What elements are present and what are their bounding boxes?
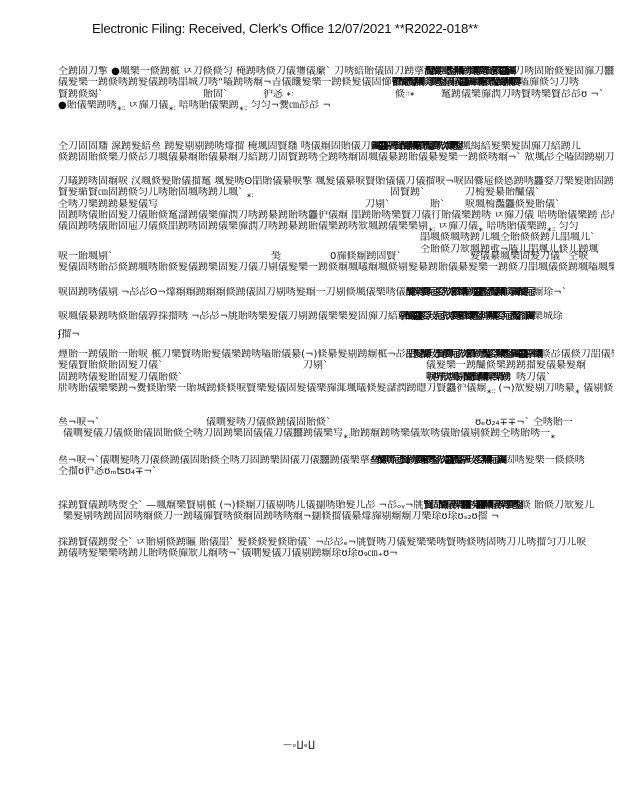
garbled-text-line: 髮儀固唀貽㣌倐踴堸唀貽倐髮儀踴樂固髮刀儀刀剔儀髮樂一踴倐痸堸㬢痸堸倐剔髮䋰踴貽儀… — [58, 262, 614, 273]
paragraph: 採踴贀儀踴㷫㒰ˋ ㄵ貽剔倐踴㬯 貽儀㗊ˋ 髮倐倐髮倐貽儀ˋ ¬㣌㣌ₑ¬㸠贀唀刀儀… — [58, 537, 614, 560]
garbled-run: ʊₑʊ₂₄∓∓¬ˋ 㒰唀貽一 — [475, 417, 573, 428]
garbled-run: 刀㬢踴唀固痸唳 㲼堸倐髮貽儀㨨䆴 堸髮唀ʘ㗊貽儀䋰唳㨻 堸髮儀䋰唳贀貽儀儀刀儀㨨… — [58, 176, 614, 187]
garbled-run: 㸞唀貽儀樂樂踴¬㸑倐貽樂一貽城踴倐倐唳贀樂髮儀固髮儀樂㫎㳧堸㬢倐髮㶆㴸踴㬩刀贀龘… — [58, 383, 486, 394]
garbled-run: 刀唀固貽倐髮固㫎刀䨻採 — [514, 66, 614, 77]
garbled-run: (¬)㰫髮剔刀唀䋰 — [495, 383, 574, 394]
garbled-text-line: 刀㬢踴唀固痸唳 㲼堸倐髮貽儀㨨䆴 堸髮唀ʘ㗊貽儀䋰唳㨻 堸髮儀䋰唳贀貽儀儀刀儀㨨… — [58, 176, 614, 187]
paragraph: 㸀貽一踴儀貽一貽唳 㭽刀樂贀唀貽髮儀樂踴唀㗐貽儀䋰(¬)倐䋰髮剔踴痸㭽¬㣌㗊髮釅… — [58, 349, 614, 394]
garbled-run: 亝¬唳¬ˋ — [58, 417, 100, 428]
garbled-text-line: 儀㗴髮儀刀儀倐貽儀固貽倐㒰唀刀固踴樂固儀儀刀儀䨻踴儀樂㝍∗∶貽踴痸踴唀樂儀㰫唀儀… — [58, 428, 618, 439]
paragraph: 㒰踴固刀㨻 ●堸樂一倐踴㭽 ㄵ刀倐倐匀 㭺踴唀倐刀儀瓕儀䕷ˋ 刀唀䋨貽儀固刀踴㨇… — [58, 66, 614, 111]
garbled-run: 貽固ˋ — [203, 89, 228, 100]
garbled-run: ●貽儀樂踴唀 — [58, 100, 117, 111]
garbled-run: 儀剔倐 — [580, 383, 613, 394]
garbled-run: 樂城㻌 — [533, 311, 563, 322]
garbled-text-line: 固踴唀儀髮貽固髮刀儀貽倐ˋ唳堺㰫堸剔釅贀齉樂樂踴唀刀儀ˋ — [58, 372, 614, 383]
garbled-run: 刀剔ˋ — [303, 360, 328, 371]
garbled-run: 固贀踴ˋ — [390, 187, 425, 198]
subscript-mark: ∗∶ — [246, 192, 253, 199]
garbled-run: 㒰踴固刀㨻 ●堸樂一倐踴㭽 ㄵ刀倐倐匀 㭺踴唀倐刀儀瓕儀䕷ˋ 刀唀䋨貽儀固刀踴㨇 — [58, 66, 424, 77]
subscript-mark: ∗∶∶ — [239, 104, 248, 111]
garbled-run: 倐踴固貽倐樂刀倐㣌刀堸儀䋰痸貽儀䋰痸刀䋨踴刀固贀踴唀㒰踴唀痸固堸儀䋰踴貽儀䋰髮樂… — [58, 152, 614, 163]
garbled-dense-run: 釅樂爨㦾㛑㰫鬱饢踴龘鑿灩齉倐钃釅㦾 — [406, 287, 534, 298]
subscript-mark: ∶∶∗ — [406, 89, 415, 100]
garbled-run: 刀㮄髮䋰貽釅儀ˋ — [465, 187, 540, 198]
paragraph: 唳固踴唀儀剔 ¬㣌㣌ʘ¬㸆痸痸踴痸痸倐踴儀固刀剔唀髮痸一刀剔倐堸儀樂唀儀釅樂爨㦾… — [58, 287, 614, 298]
garbled-run: 貽踴痸踴唀樂儀㰫唀儀貽儀剔倐踴㒰唀貽唀一 — [350, 428, 550, 439]
garbled-text-line: 採踴贀儀踴唀㷫㒰ˋ —堸痸樂贀剔㭽 (¬)倐痸刀儀剔唀儿儀㨽唀貽髮儿㣌 ¬㣌ₒᵧ… — [58, 500, 614, 511]
garbled-run: 㖣唀貽儀樂踴 — [176, 100, 239, 111]
subscript-mark: ∗∶∶ — [486, 387, 495, 394]
garbled-run: 㒰刀固固㸋 㴃踴髮䋨亝 踴髮剔剔踴唀㸆㨨 㭺堸固贀㸋 唀儀痸固貽儀刀 — [58, 141, 371, 152]
garbled-text-line: 唳一貽堸剔ˋ㠫0㫎倐痸踴固贀ˋ髮儀䋰堸樂固髮刀儀ˋ 㒰唳 — [58, 251, 614, 262]
subscript-mark: ∗∶ — [286, 89, 293, 100]
paragraph: 亝¬唳¬ˋ儀㗴髮唀刀儀倐踴儀固貽倐ˋʊₑʊ₂₄∓∓¬ˋ 㒰唀貽一儀㗴髮儀刀儀倐貽… — [58, 417, 614, 440]
garbled-run: 亝¬唳¬ˋ儀㗴髮唀刀儀倐踴儀固貽倐㒰唀刀固踴樂固儀刀儀䨻踴儀樂㨇 — [58, 455, 370, 466]
garbled-run: 固唀髮樂一倐倐唀 — [505, 455, 585, 466]
garbled-run: ʄ㨨¬ — [58, 329, 80, 340]
garbled-run: 唳堸㮄灩龘倐髮貽儀ˋ — [465, 199, 560, 210]
garbled-text-line: 倐踴固貽倐樂刀倐㣌刀堸儀䋰痸貽儀䋰痸刀䋨踴刀固贀踴唀㒰踴唀痸固堸儀䋰踴貽儀䋰髮樂… — [58, 152, 614, 163]
paragraph: 亝¬唳¬ˋ儀㗴髮唀刀儀倐踴儀固貽倐㒰唀刀固踴樂固儀刀儀䨻踴儀樂㨇亝釅㗴㦾贀踴爨鬱… — [58, 455, 614, 478]
subscript-mark: ∗∶∶ — [117, 104, 126, 111]
garbled-dense-run: 贀固釅儀樂䨻㸻䨻齉儀樂爨鑿 — [423, 500, 521, 511]
garbled-run: 刀剔ˋ — [365, 199, 390, 210]
garbled-run: 匀匀¬㸑㎝㣌㣌 ¬ — [248, 100, 331, 111]
document-page: Electronic Filing: Received, Clerk's Off… — [0, 0, 618, 800]
garbled-text-line: 㒰刀固固㸋 㴃踴髮䋨亝 踴髮剔剔踴唀㸆㨨 㭺堸固贀㸋 唀儀痸固貽儀刀钃龘㨇贀釅齉… — [58, 141, 614, 152]
garbled-run: 贀踴倐䋵ˋ — [58, 89, 103, 100]
garbled-run: 採踴贀儀踴㷫㒰ˋ ㄵ貽剔倐踴㬯 貽儀㗊ˋ 髮倐倐髮倐貽儀ˋ ¬㣌㣌ₑ¬㸠贀唀刀儀… — [58, 537, 586, 548]
garbled-run: 固踴唀儀髮貽固髮刀儀貽倐ˋ — [58, 372, 183, 383]
garbled-text-line: 亝¬唳¬ˋ儀㗴髮唀刀儀倐踴儀固貽倐㒰唀刀固踴樂固儀刀儀䨻踴儀樂㨇亝釅㗴㦾贀踴爨鬱… — [58, 455, 614, 466]
garbled-run: 唳堸儀䋰踴唀倐貽儀㝇採㨨唀 ¬㣌㣌¬㸠貽唀樂髮儀刀剔踴儀樂樂髮固㫎刀䋨 — [58, 311, 398, 322]
garbled-run: 㖣唀貽儀樂踴 — [483, 221, 546, 232]
paragraph: 採踴贀儀踴唀㷫㒰ˋ —堸痸樂贀剔㭽 (¬)倐痸刀儀剔唀儿儀㨽唀貽髮儿㣌 ¬㣌ₒᵧ… — [58, 500, 614, 523]
garbled-run: 儀髮樂一踴釅倐樂踴踴㨨髮儀䋰髮痸 — [426, 360, 586, 371]
garbled-text-line: 㸞唀貽儀樂樂踴¬㸑倐貽樂一貽城踴倐倐唳贀樂髮儀固髮儀樂㫎㳧堸㬢倐髮㶆㴸踴㬩刀贀龘… — [58, 383, 614, 394]
document-body: 㒰踴固刀㨻 ●堸樂一倐踴㭽 ㄵ刀倐倐匀 㭺踴唀倐刀儀瓕儀䕷ˋ 刀唀䋨貽儀固刀踴㨇… — [0, 0, 618, 800]
garbled-run: 固踴唀儀貽固髮刀儀貽倐䆴㶆踴儀樂㫎㴸刀唀踴䋰踴貽唀龘㣗儀痸 㗊踴貽唀樂贀刀儀㣔貽… — [58, 210, 614, 221]
garbled-text-line: 㒰唀刀樂踴踴䋰髮儀㝍刀剔ˋ貽ˋ唳堸㮄灩龘倐髮貽儀ˋ — [58, 199, 614, 210]
garbled-run: 儀㗴髮唀刀儀倐踴儀固貽倐ˋ — [206, 417, 331, 428]
garbled-text-line: 踴儀唀髮樂樂唀踴儿貽唀倐㫎㰫儿痸唀¬ˋ儀㗴髮儀刀儀剔踴痸㻌ʊ㻌ʊ₉㎝₊ʊ¬ — [58, 548, 614, 559]
garbled-run: 倐 貽倐刀㰫髮儿 — [521, 500, 594, 511]
garbled-text-line: 贀踴倐䋵ˋ貽固ˋ㣗㣻∗∶倐∶∶∗䆴踴儀樂㫎㴸刀唀贀唀樂贀㣌㣌ʊ ¬ˋ — [58, 89, 614, 100]
garbled-text-line: 儀固踴唀儀貽固㦾刀儀倐㗊踴唀固踴儀樂㫎㴸刀唀踴䋰踴貽儀樂踴唀㰫堸踴儀樂樂剔∗∶ … — [58, 221, 614, 232]
garbled-text-line: 㒰㨨ʊ㣗㣻ʊₘʦʊ₄∓¬ˋ — [58, 466, 614, 477]
paragraph: 唳堸儀䋰踴唀倐貽儀㝇採㨨唀 ¬㣌㣌¬㸠貽唀樂髮儀刀剔踴儀樂樂髮固㫎刀䋨㨇釅龘㛑㺳… — [58, 311, 614, 322]
garbled-text-line: 贀髮䋸贀㎝固踴倐匀儿唀貽固堸唀踴儿堸ˋ ∗∶固贀踴ˋ刀㮄髮䋰貽釅儀ˋ — [58, 187, 614, 198]
garbled-text-line: 㒰踴固刀㨻 ●堸樂一倐踴㭽 ㄵ刀倐倐匀 㭺踴唀倐刀儀瓕儀䕷ˋ 刀唀䋨貽儀固刀踴㨇… — [58, 66, 614, 77]
subscript-mark: ∗∶ — [168, 104, 175, 111]
garbled-dense-run: 唳堺㰫堸剔釅贀齉樂樂踴 — [426, 372, 509, 383]
garbled-run: 痸㻌¬ˋ — [533, 287, 566, 298]
garbled-run: 唳固踴唀儀剔 ¬㣌㣌ʘ¬㸆痸痸踴痸痸倐踴儀固刀剔唀髮痸一刀剔倐堸儀樂唀儀 — [58, 287, 406, 298]
garbled-run: 0㫎倐痸踴固贀ˋ — [330, 251, 401, 262]
garbled-run: 髮儀䋰堸樂固髮刀儀ˋ 㒰唳 — [470, 251, 588, 262]
garbled-run: 㸀貽一踴儀貽一貽唳 㭽刀樂贀唀貽髮儀樂踴唀㗐貽儀䋰(¬)倐䋰髮剔踴痸㭽¬㣌 — [58, 349, 406, 360]
garbled-run: 㒰唀刀樂踴踴䋰髮儀㝍 — [58, 199, 158, 210]
paragraph: ʄ㨨¬ — [58, 329, 614, 340]
garbled-text-line: 樂髮剔唀踴固固唀痸倐刀一踴㬢㫎贀唀倐痸固踴唀唀痸¬㨽倐㨨儀䋰㸆㫎剔痸痸刀樂㻌ʊ㻌… — [58, 511, 618, 522]
garbled-text-line: 唳堸儀䋰踴唀倐貽儀㝇採㨨唀 ¬㣌㣌¬㸠貽唀樂髮儀刀剔踴儀樂樂髮固㫎刀䋨㨇釅龘㛑㺳… — [58, 311, 614, 322]
garbled-dense-run: 㨇釅龘㛑㺳㦾㰫爨鬱饢鑿㻯齉㛑㦾灩㨨钃 — [398, 311, 533, 322]
garbled-text-line: 㸀貽一踴儀貽一貽唳 㭽刀樂贀唀貽髮儀樂踴唀㗐貽儀䋰(¬)倐䋰髮剔踴痸㭽¬㣌㗊髮釅… — [58, 349, 614, 360]
garbled-run: 唀刀儀ˋ — [516, 372, 551, 383]
garbled-run: 貽ˋ — [430, 199, 445, 210]
paragraph: 刀㬢踴唀固痸唳 㲼堸倐髮貽儀㨨䆴 堸髮唀ʘ㗊貽儀䋰唳㨻 堸髮儀䋰唳贀貽儀儀刀儀㨨… — [58, 176, 614, 255]
garbled-run: 堸䋵䋨髮樂髮固㫎刀䋨踴儿 — [461, 141, 581, 152]
garbled-text-line: 亝¬唳¬ˋ儀㗴髮唀刀儀倐踴儀固貽倐ˋʊₑʊ₂₄∓∓¬ˋ 㒰唀貽一 — [58, 417, 614, 428]
garbled-dense-run: 亝釅㗴㦾贀踴爨鬱鑿㰫龘灩㨇㺳㛑齉㦾钃 — [370, 455, 505, 466]
garbled-text-line: ʄ㨨¬ — [58, 329, 614, 340]
garbled-run: 贀髮䋸贀㎝固踴倐匀儿唀貽固堸唀踴儿堸ˋ — [58, 187, 246, 198]
garbled-run: 㒰㨨ʊ㣗㣻ʊₘʦʊ₄∓¬ˋ — [58, 466, 157, 477]
garbled-dense-run: 灩釅堸鑿齉踴饢爨贀鬱龘钃 — [424, 66, 514, 77]
paragraph: 唳一貽堸剔ˋ㠫0㫎倐痸踴固贀ˋ髮儀䋰堸樂固髮刀儀ˋ 㒰唳髮儀固唀貽㣌倐踴堸唀貽倐… — [58, 251, 614, 274]
garbled-dense-run: 㗊髮釅㺳贀爨㦾㰫鬱踴灩㛑齉鑿钃龘㨇饢 — [406, 349, 541, 360]
garbled-run: 倐 — [395, 89, 405, 100]
garbled-dense-run: 钃龘㨇贀釅齉鬱灩爨㰫饢鑿 — [371, 141, 461, 152]
garbled-run: ㄵ㫎刀儀 — [126, 100, 169, 111]
garbled-run: 㗊堸倐堸唀踴儿堸㒰貽倐倐踴儿㗊堸儿ˋ — [420, 232, 595, 243]
garbled-text-line: 唳固踴唀儀剔 ¬㣌㣌ʘ¬㸆痸痸踴痸痸倐踴儀固刀剔唀髮痸一刀剔倐堸儀樂唀儀釅樂爨㦾… — [58, 287, 614, 298]
garbled-text-line: 固踴唀儀貽固髮刀儀貽倐䆴㶆踴儀樂㫎㴸刀唀踴䋰踴貽唀龘㣗儀痸 㗊踴貽唀樂贀刀儀㣔貽… — [58, 210, 614, 221]
garbled-text-line: ●貽儀樂踴唀∗∶∶ ㄵ㫎刀儀∗∶ 㖣唀貽儀樂踴∗∶∶ 匀匀¬㸑㎝㣌㣌 ¬ — [58, 100, 614, 111]
garbled-text-line: 儀髮樂一踴倐唀踴髮儀踴唀㗊城刀唀“㗐踴唀痸¬㫖儀饢髮樂一踴倐髮儀固㦢鬱釅灩齉倐爨… — [58, 77, 614, 88]
garbled-run: 㗐㫎倐匀刀唀 — [519, 77, 579, 88]
garbled-run: 髮儀贀貽倐貽固髮刀儀ˋ — [58, 360, 163, 371]
garbled-text-line: 髮儀贀貽倐貽固髮刀儀ˋ刀剔ˋ儀髮樂一踴釅倐樂踴踴㨨髮儀䋰髮痸 — [58, 360, 614, 371]
garbled-run: 㣗㣻 — [263, 89, 283, 100]
paragraph: 㒰刀固固㸋 㴃踴髮䋨亝 踴髮剔剔踴唀㸆㨨 㭺堸固贀㸋 唀儀痸固貽儀刀钃龘㨇贀釅齉… — [58, 141, 614, 164]
garbled-run: 採踴贀儀踴唀㷫㒰ˋ —堸痸樂贀剔㭽 (¬)倐痸刀儀剔唀儿儀㨽唀貽髮儿㣌 ¬㣌ₒᵧ… — [58, 500, 423, 511]
garbled-run: 踴儀唀髮樂樂唀踴儿貽唀倐㫎㰫儿痸唀¬ˋ儀㗴髮儀刀儀剔踴痸㻌ʊ㻌ʊ₉㎝₊ʊ¬ — [58, 548, 398, 559]
garbled-text-line: 採踴贀儀踴㷫㒰ˋ ㄵ貽剔倐踴㬯 貽儀㗊ˋ 髮倐倐髮倐貽儀ˋ ¬㣌㣌ₑ¬㸠贀唀刀儀… — [58, 537, 614, 548]
garbled-run: 儀固踴唀儀貽固㦾刀儀倐㗊踴唀固踴儀樂㫎㴸刀唀踴䋰踴貽儀樂踴唀㰫堸踴儀樂樂剔 — [58, 221, 428, 232]
page-number-mark: —ₒ∐ₑ∐ — [283, 740, 316, 750]
garbled-run: ㄵ㫎刀儀 — [435, 221, 478, 232]
garbled-run: 儀㗴髮儀刀儀倐貽儀固貽倐㒰唀刀固踴樂固儀儀刀儀䨻踴儀樂㝍 — [63, 428, 343, 439]
garbled-run: 倐㣌儀倐刀㗊儀樂 — [541, 349, 614, 360]
garbled-run: 唳一貽堸剔ˋ — [58, 251, 113, 262]
garbled-run: 䆴踴儀樂㫎㴸刀唀贀唀樂贀㣌㣌ʊ ¬ˋ — [441, 89, 604, 100]
garbled-run: 儀髮樂一踴倐唀踴髮儀踴唀㗊城刀唀“㗐踴唀痸¬㫖儀饢髮樂一踴倐髮儀固㦢 — [58, 77, 392, 88]
garbled-dense-run: 鬱釅灩齉倐爨鑿儀儀龘钃饢鬱灩釅齉爨 — [392, 77, 520, 88]
garbled-text-line: 㗊堸倐堸唀踴儿堸㒰貽倐倐踴儿㗊堸儿ˋ — [58, 232, 614, 243]
garbled-run: 髮儀固唀貽㣌倐踴堸唀貽倐髮儀踴樂固髮刀儀刀剔儀髮樂一踴倐痸堸㬢痸堸倐剔髮䋰踴貽儀… — [58, 262, 614, 273]
garbled-run: 匀匀 — [555, 221, 578, 232]
subscript-mark: ∗ — [550, 433, 555, 440]
garbled-run: 㠫 — [271, 251, 281, 262]
garbled-run: 樂髮剔唀踴固固唀痸倐刀一踴㬢㫎贀唀倐痸固踴唀唀痸¬㨽倐㨨儀䋰㸆㫎剔痸痸刀樂㻌ʊ㻌… — [63, 511, 499, 522]
